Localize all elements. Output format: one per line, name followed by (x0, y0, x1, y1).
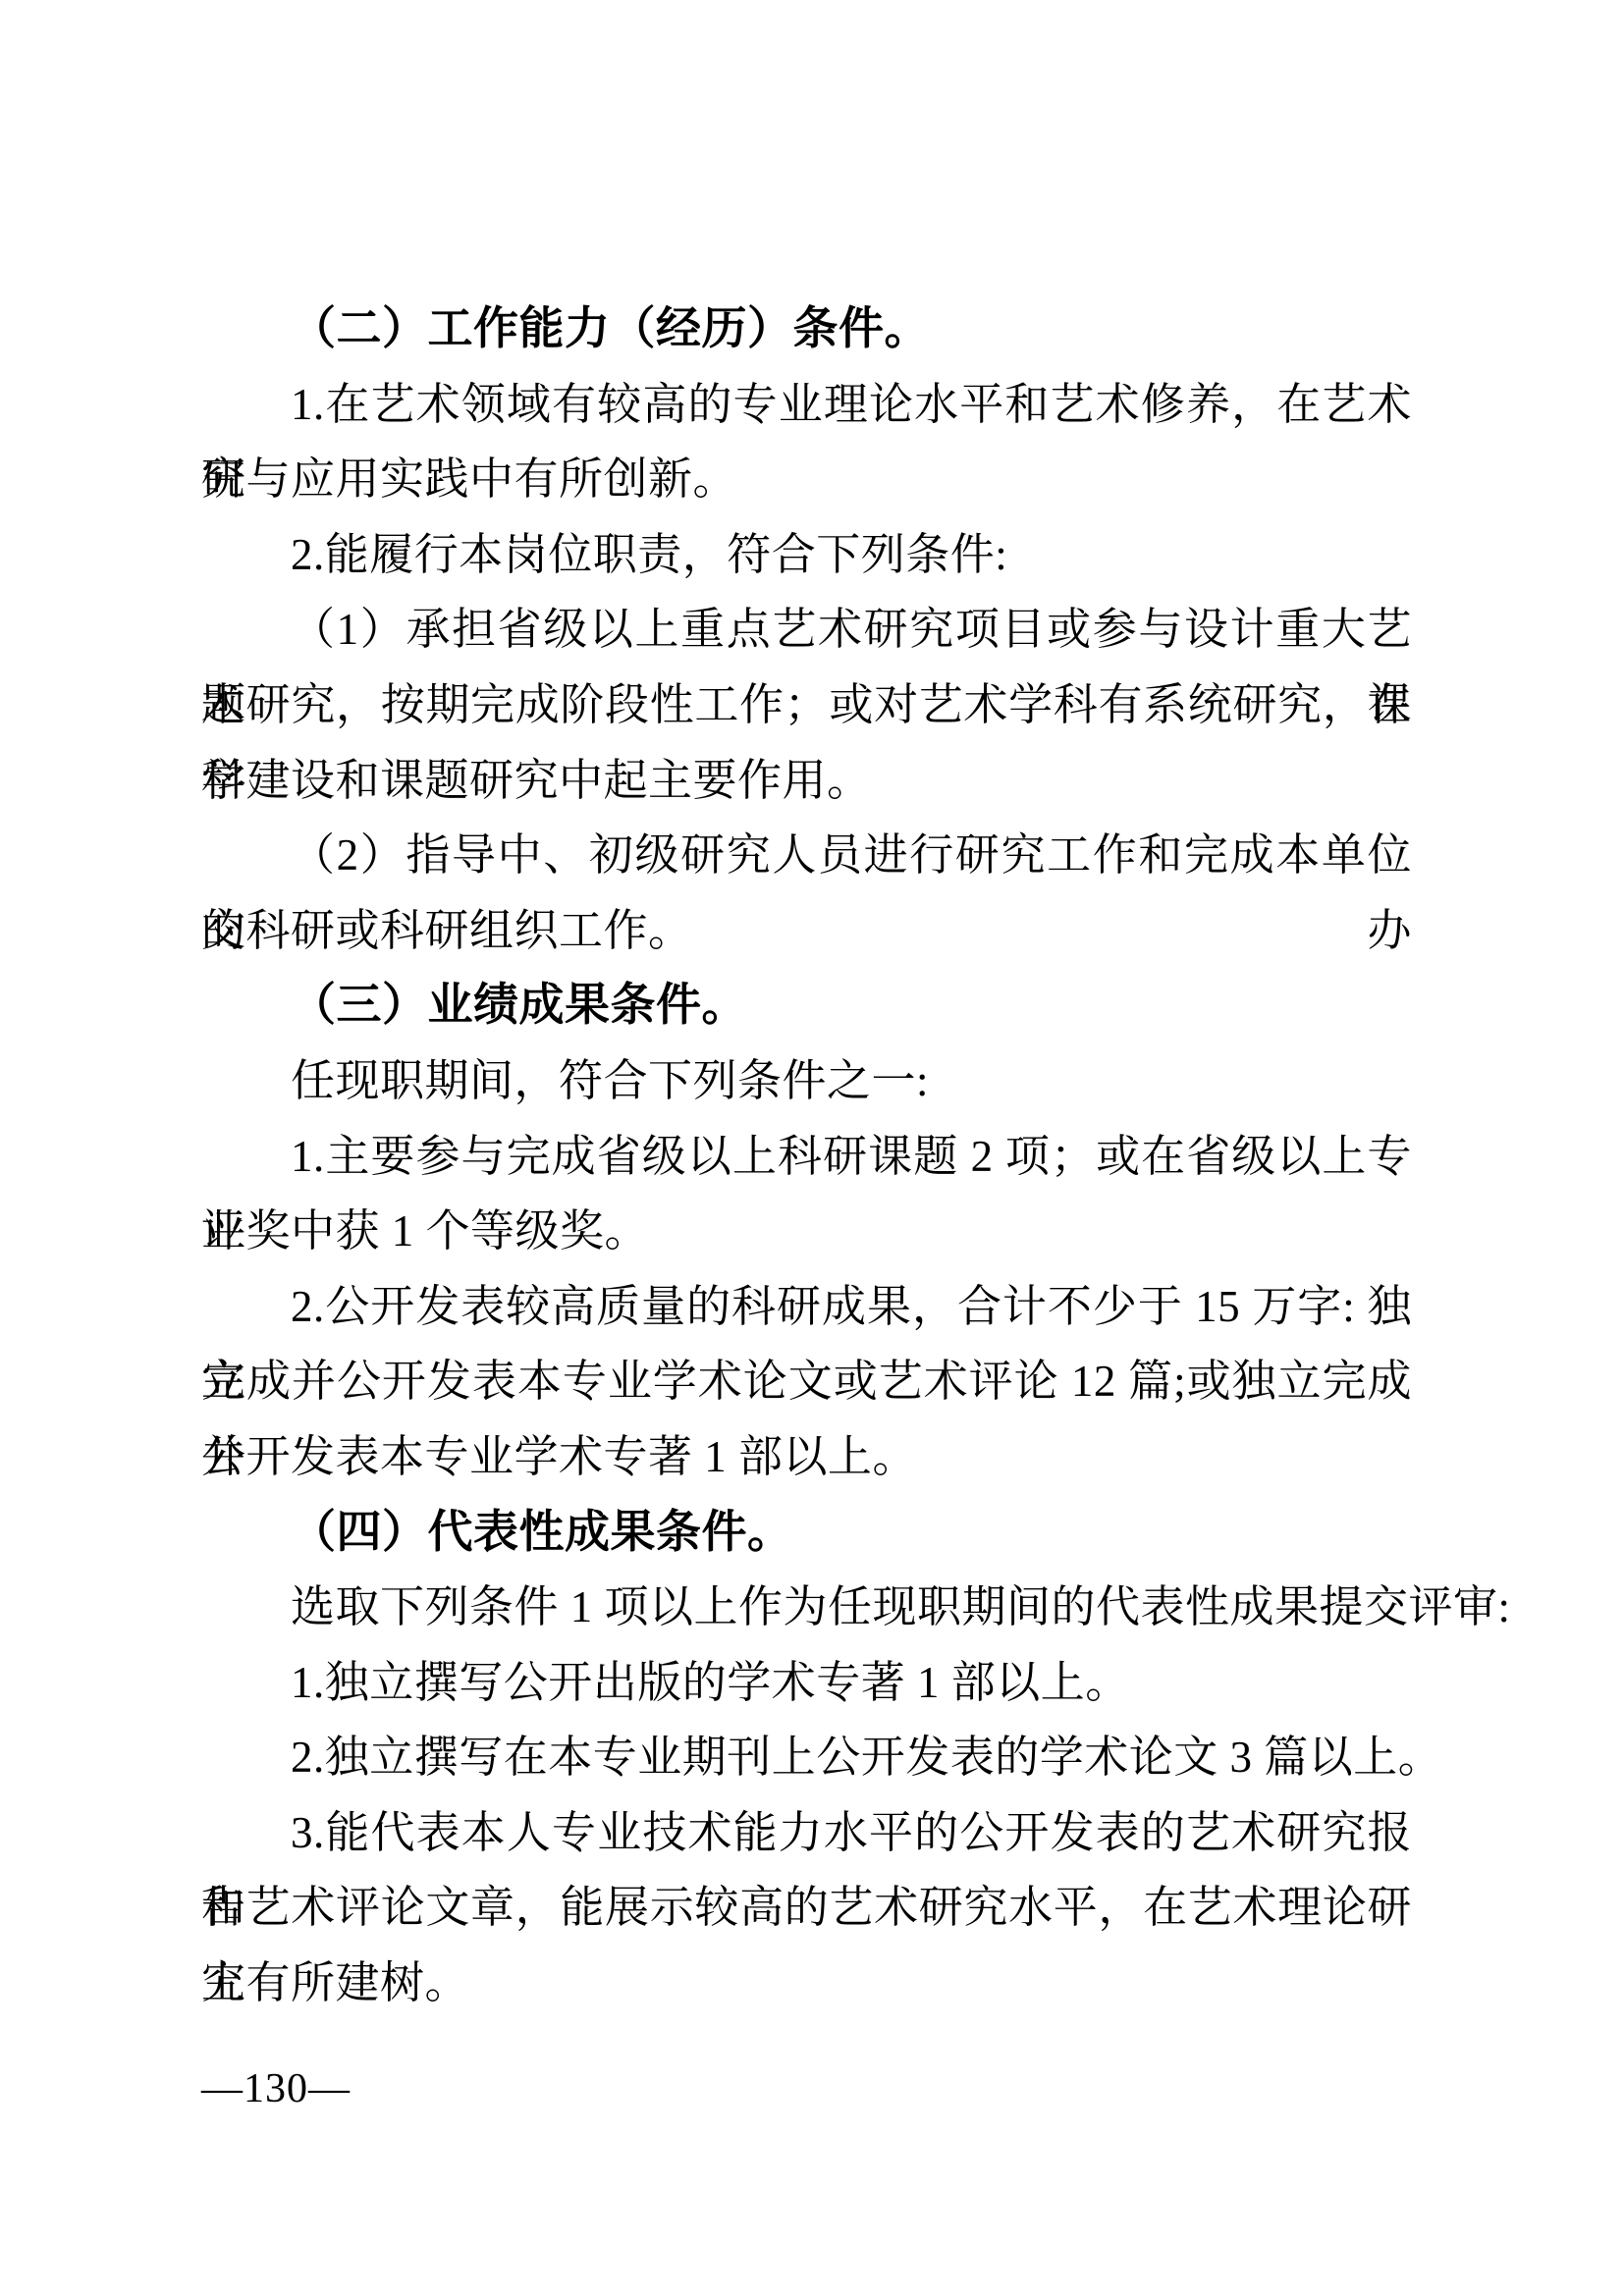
text-line: 完成并公开发表本专业学术论文或艺术评论 12 篇;或独立完成并 (201, 1344, 1412, 1419)
page-number: —130— (201, 2064, 351, 2113)
text-line: 1.独立撰写公开出版的学术专著 1 部以上。 (201, 1645, 1412, 1721)
text-line: 题研究，按期完成阶段性工作；或对艺术学科有系统研究，在学 (201, 667, 1412, 743)
text-line: 2.独立撰写在本专业期刊上公开发表的学术论文 3 篇以上。 (201, 1720, 1412, 1795)
text-line: 公开发表本专业学术专著 1 部以上。 (201, 1419, 1412, 1495)
text-line: 和艺术评论文章，能展示较高的艺术研究水平，在艺术理论研究 (201, 1870, 1412, 1946)
text-line: 3.能代表本人专业技术能力水平的公开发表的艺术研究报告 (201, 1795, 1412, 1871)
text-line: 2.公开发表较高质量的科研成果，合计不少于 15 万字: 独立 (201, 1269, 1412, 1345)
text-line: 2.能履行本岗位职责，符合下列条件: (201, 517, 1412, 593)
text-line: （二）工作能力（经历）条件。 (201, 292, 1412, 367)
text-line: 究与应用实践中有所创新。 (201, 442, 1412, 517)
text-line: 1.在艺术领域有较高的专业理论水平和艺术修养，在艺术研 (201, 367, 1412, 443)
text-line: 上有所建树。 (201, 1946, 1412, 2021)
text-line: 选取下列条件 1 项以上作为任现职期间的代表性成果提交评审: (201, 1570, 1412, 1645)
text-line: （2）指导中、初级研究人员进行研究工作和完成本单位交办 (201, 818, 1412, 893)
text-line: 评奖中获 1 个等级奖。 (201, 1194, 1412, 1269)
text-line: （三）业绩成果条件。 (201, 968, 1412, 1043)
text-line: 任现职期间，符合下列条件之一: (201, 1043, 1412, 1119)
document-body: （二）工作能力（经历）条件。1.在艺术领域有较高的专业理论水平和艺术修养，在艺术… (201, 292, 1412, 2021)
text-line: 科建设和课题研究中起主要作用。 (201, 743, 1412, 819)
document-page: （二）工作能力（经历）条件。1.在艺术领域有较高的专业理论水平和艺术修养，在艺术… (0, 0, 1623, 2296)
text-line: 1.主要参与完成省级以上科研课题 2 项；或在省级以上专业 (201, 1119, 1412, 1195)
text-line: （四）代表性成果条件。 (201, 1495, 1412, 1571)
text-line: （1）承担省级以上重点艺术研究项目或参与设计重大艺术课 (201, 592, 1412, 667)
